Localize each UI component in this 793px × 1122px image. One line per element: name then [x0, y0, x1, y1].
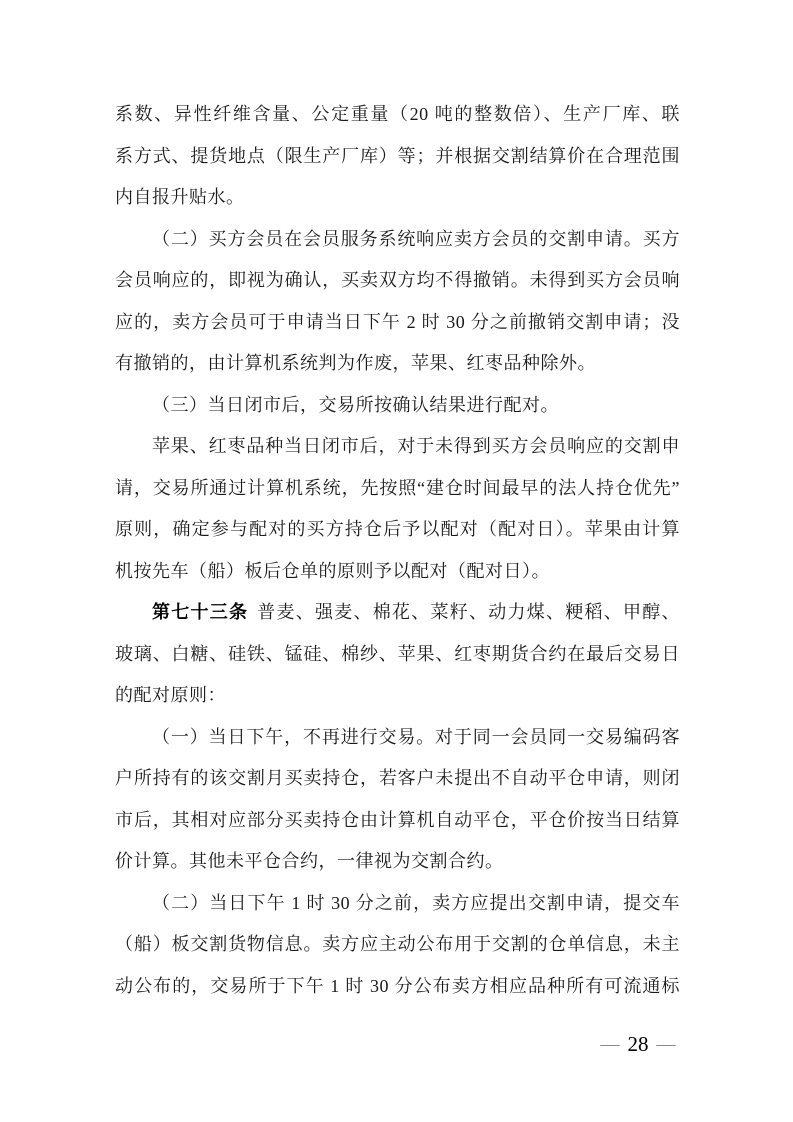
text-line: 会员响应的，即视为确认，买卖双方均不得撤销。未得到买方会员响	[115, 260, 680, 302]
page-footer: — 28 —	[592, 1029, 684, 1059]
page-number-dash-right: —	[657, 1035, 676, 1054]
text-line: 原则，确定参与配对的买方持仓后予以配对（配对日）。苹果由计算	[115, 509, 680, 551]
text-line: 动公布的，交易所于下午 1 时 30 分公布卖方相应品种所有可流通标	[115, 966, 680, 1008]
text-line: 有撤销的，由计算机系统判为作废，苹果、红枣品种除外。	[115, 343, 680, 385]
text-line: 苹果、红枣品种当日闭市后，对于未得到买方会员响应的交割申	[115, 426, 680, 468]
text-line: 价计算。其他未平仓合约，一律视为交割合约。	[115, 841, 680, 883]
text-line: 系方式、提货地点（限生产厂库）等；并根据交割结算价在合理范围	[115, 136, 680, 178]
text-line: （一）当日下午，不再进行交易。对于同一会员同一交易编码客	[115, 717, 680, 759]
paragraph: 系数、异性纤维含量、公定重量（20 吨的整数倍）、生产厂库、联 系方式、提货地点…	[115, 94, 680, 219]
document-page: 系数、异性纤维含量、公定重量（20 吨的整数倍）、生产厂库、联 系方式、提货地点…	[0, 0, 793, 1122]
paragraph: （二）当日下午 1 时 30 分之前，卖方应提出交割申请，提交车 （船）板交割货…	[115, 883, 680, 1008]
text-line: 应的，卖方会员可于申请当日下午 2 时 30 分之前撤销交割申请；没	[115, 302, 680, 344]
paragraph: （一）当日下午，不再进行交易。对于同一会员同一交易编码客 户所持有的该交割月买卖…	[115, 717, 680, 883]
text-line: 系数、异性纤维含量、公定重量（20 吨的整数倍）、生产厂库、联	[115, 94, 680, 136]
text-line: 的配对原则：	[115, 675, 680, 717]
text-line: （三）当日闭市后，交易所按确认结果进行配对。	[115, 385, 680, 427]
paragraph: （三）当日闭市后，交易所按确认结果进行配对。	[115, 385, 680, 427]
text-run: 普麦、强麦、棉花、菜籽、动力煤、粳稻、甲醇、	[257, 602, 680, 622]
paragraph: 苹果、红枣品种当日闭市后，对于未得到买方会员响应的交割申 请，交易所通过计算机系…	[115, 426, 680, 592]
article-number-label: 第七十三条	[152, 602, 248, 622]
text-line: （船）板交割货物信息。卖方应主动公布用于交割的仓单信息，未主	[115, 924, 680, 966]
document-body: 系数、异性纤维含量、公定重量（20 吨的整数倍）、生产厂库、联 系方式、提货地点…	[115, 94, 680, 1007]
paragraph: （二）买方会员在会员服务系统响应卖方会员的交割申请。买方 会员响应的，即视为确认…	[115, 219, 680, 385]
text-line: 户所持有的该交割月买卖持仓，若客户未提出不自动平仓申请，则闭	[115, 758, 680, 800]
text-line: 市后，其相对应部分买卖持仓由计算机自动平仓，平仓价按当日结算	[115, 800, 680, 842]
text-line: 机按先车（船）板后仓单的原则予以配对（配对日）。	[115, 551, 680, 593]
paragraph-article-73: 第七十三条普麦、强麦、棉花、菜籽、动力煤、粳稻、甲醇、 玻璃、白糖、硅铁、锰硅、…	[115, 592, 680, 717]
page-number: 28	[628, 1032, 649, 1057]
text-line: 玻璃、白糖、硅铁、锰硅、棉纱、苹果、红枣期货合约在最后交易日	[115, 634, 680, 676]
text-line: （二）买方会员在会员服务系统响应卖方会员的交割申请。买方	[115, 219, 680, 261]
text-line: 第七十三条普麦、强麦、棉花、菜籽、动力煤、粳稻、甲醇、	[115, 592, 680, 634]
text-line: 内自报升贴水。	[115, 177, 680, 219]
page-number-dash-left: —	[601, 1035, 620, 1054]
text-line: （二）当日下午 1 时 30 分之前，卖方应提出交割申请，提交车	[115, 883, 680, 925]
text-line: 请，交易所通过计算机系统，先按照“建仓时间最早的法人持仓优先”	[115, 468, 680, 510]
